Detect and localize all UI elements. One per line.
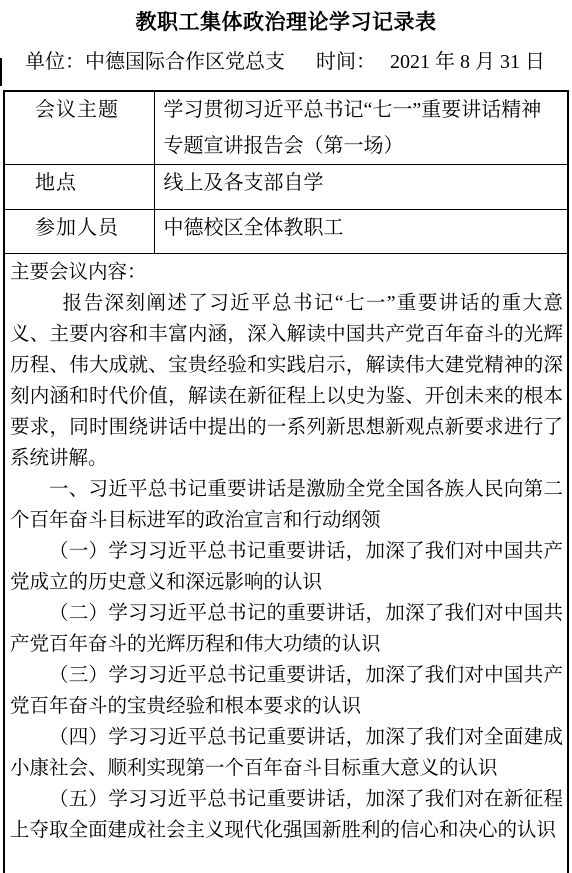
content-paragraph: （三）学习习近平总书记重要讲话，加深了我们对中国共产党百年奋斗的宝贵经验和根本要… — [10, 660, 563, 722]
topic-label-cell: 会议主题 — [4, 91, 154, 165]
place-value-cell: 线上及各支部自学 — [154, 165, 568, 210]
content-paragraph: 报告深刻阐述了习近平总书记“七一”重要讲话的重大意义、主要内容和丰富内涵，深入解… — [10, 288, 563, 474]
content-paragraph: （一）学习习近平总书记重要讲话，加深了我们对中国共产党成立的历史意义和深远影响的… — [10, 536, 563, 598]
content-paragraph: （四）学习习近平总书记重要讲话，加深了我们对全面建成小康社会、顺利实现第一个百年… — [10, 722, 563, 784]
place-label-cell: 地点 — [4, 165, 154, 210]
time-field: 时间：2021 年 8 月 31 日 — [316, 49, 545, 75]
content-paragraph: （五）学习习近平总书记重要讲话，加深了我们对在新征程上夺取全面建成社会主义现代化… — [10, 784, 563, 846]
participants-value-cell: 中德校区全体教职工 — [154, 210, 568, 254]
participants-label-cell: 参加人员 — [4, 210, 154, 254]
scan-edge-artifact — [0, 58, 2, 86]
record-table: 会议主题 学习贯彻习近平总书记“七一”重要讲话精神 专题宣讲报告会（第一场） 地… — [3, 90, 569, 873]
content-paragraph: 一、习近平总书记重要讲话是激励全党全国各族人民向第二个百年奋斗目标进军的政治宣言… — [10, 474, 563, 536]
table-row-topic: 会议主题 学习贯彻习近平总书记“七一”重要讲话精神 专题宣讲报告会（第一场） — [4, 91, 568, 165]
document-page: 教职工集体政治理论学习记录表 单位：中德国际合作区党总支 时间：2021 年 8… — [0, 0, 572, 873]
meeting-content: 主要会议内容： 报告深刻阐述了习近平总书记“七一”重要讲话的重大意义、主要内容和… — [5, 254, 567, 873]
table-row-place: 地点 线上及各支部自学 — [4, 165, 568, 210]
content-heading: 主要会议内容： — [10, 257, 563, 288]
topic-value-cell: 学习贯彻习近平总书记“七一”重要讲话精神 专题宣讲报告会（第一场） — [154, 91, 568, 165]
meta-row: 单位：中德国际合作区党总支 时间：2021 年 8 月 31 日 — [0, 49, 572, 75]
content-paragraph: （二）学习习近平总书记的重要讲话，加深了我们对中国共产党百年奋斗的光辉历程和伟大… — [10, 598, 563, 660]
page-title: 教职工集体政治理论学习记录表 — [0, 0, 572, 36]
unit-value: 中德国际合作区党总支 — [85, 51, 285, 73]
table-row-content: 主要会议内容： 报告深刻阐述了习近平总书记“七一”重要讲话的重大意义、主要内容和… — [4, 254, 568, 873]
unit-field: 单位：中德国际合作区党总支 — [25, 49, 285, 75]
content-cell: 主要会议内容： 报告深刻阐述了习近平总书记“七一”重要讲话的重大意义、主要内容和… — [4, 254, 568, 873]
time-label: 时间： — [316, 51, 376, 73]
table-row-participants: 参加人员 中德校区全体教职工 — [4, 210, 568, 254]
time-value: 2021 年 8 月 31 日 — [390, 51, 545, 73]
unit-label: 单位： — [25, 51, 85, 73]
